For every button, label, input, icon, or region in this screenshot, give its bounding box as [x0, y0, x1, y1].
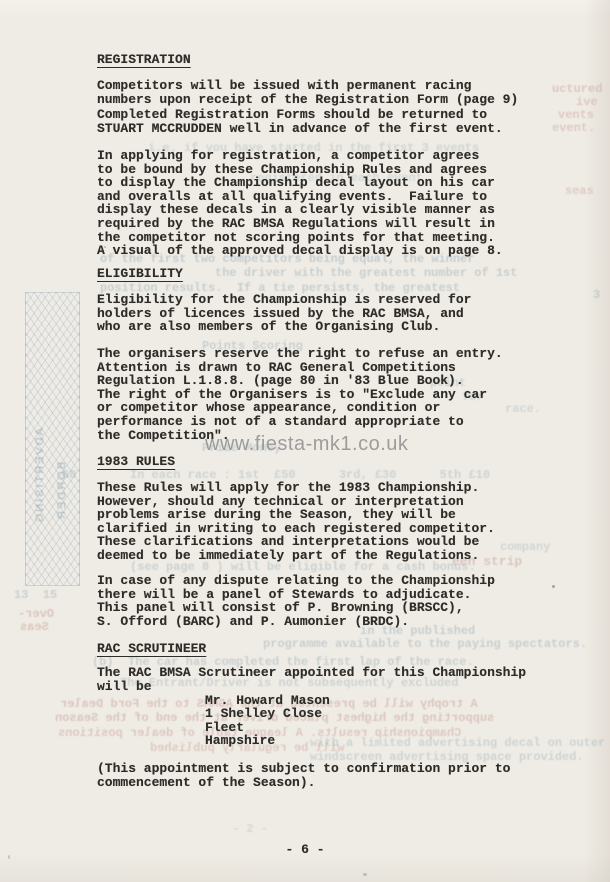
rules-paragraph-2: In case of any dispute relating to the C…: [97, 574, 495, 628]
bleedthrough-fragment: - 2 -: [232, 822, 268, 836]
scrutineer-confirmation-note: (This appointment is subject to confirma…: [97, 762, 510, 789]
bleedthrough-fragment: vents: [558, 108, 594, 122]
bleedthrough-fragment: programme available to the paying specta…: [263, 637, 587, 651]
section-heading-registration: REGISTRATION: [97, 53, 191, 67]
bleedthrough-fragment: 13 15: [14, 588, 57, 602]
rules-paragraph-1: These Rules will apply for the 1983 Cham…: [97, 481, 495, 562]
bleedthrough-fragment: the driver with the greatest number of 1…: [215, 266, 517, 280]
registration-paragraph-2: In applying for registration, a competit…: [97, 149, 503, 258]
bleedthrough-fragment: Over-: [18, 607, 54, 621]
website-watermark: www.fiesta-mk1.co.uk: [205, 433, 408, 456]
section-heading-1983-rules: 1983 RULES: [97, 455, 175, 469]
bleedthrough-fragment: seas: [565, 184, 594, 198]
bleedthrough-fragment: ive: [576, 95, 598, 109]
scan-speck: [552, 585, 555, 588]
bleedthrough-fragment: uctured: [552, 82, 602, 96]
page-number: - 6 -: [0, 842, 610, 857]
scrutineer-address-block: Mr. Howard Mason 1 Shelley Close Fleet H…: [205, 694, 330, 747]
scan-speck: [363, 873, 367, 876]
bleedthrough-fragment: Seas: [20, 620, 49, 634]
section-heading-rac-scrutineer: RAC SCRUTINEER: [97, 642, 206, 656]
registration-paragraph-1: Competitors will be issued with permanen…: [97, 79, 518, 136]
hatch-band-label: ADVERTISING: [34, 428, 46, 524]
bleedthrough-fragment: race.: [505, 402, 541, 416]
scan-speck: [104, 246, 106, 248]
bleedthrough-fragment: with a limited advertising decal on oute…: [310, 736, 610, 750]
section-heading-eligibility: ELIGIBILITY: [97, 267, 183, 281]
eligibility-paragraph-1: Eligibility for the Championship is rese…: [97, 293, 471, 334]
scan-speck: [8, 855, 10, 859]
bleedthrough-fragment: company: [500, 540, 550, 554]
eligibility-paragraph-2: The organisers reserve the right to refu…: [97, 347, 503, 442]
scrutineer-intro: The RAC BMSA Scrutineer appointed for th…: [97, 666, 526, 694]
scanned-document-page: ADVERTISING BORDER ucturediveventsevent.…: [0, 0, 610, 882]
hatch-band-label: BORDER: [56, 462, 68, 521]
bleedthrough-fragment: event.: [552, 121, 595, 135]
bleedthrough-fragment: 3: [593, 288, 600, 302]
